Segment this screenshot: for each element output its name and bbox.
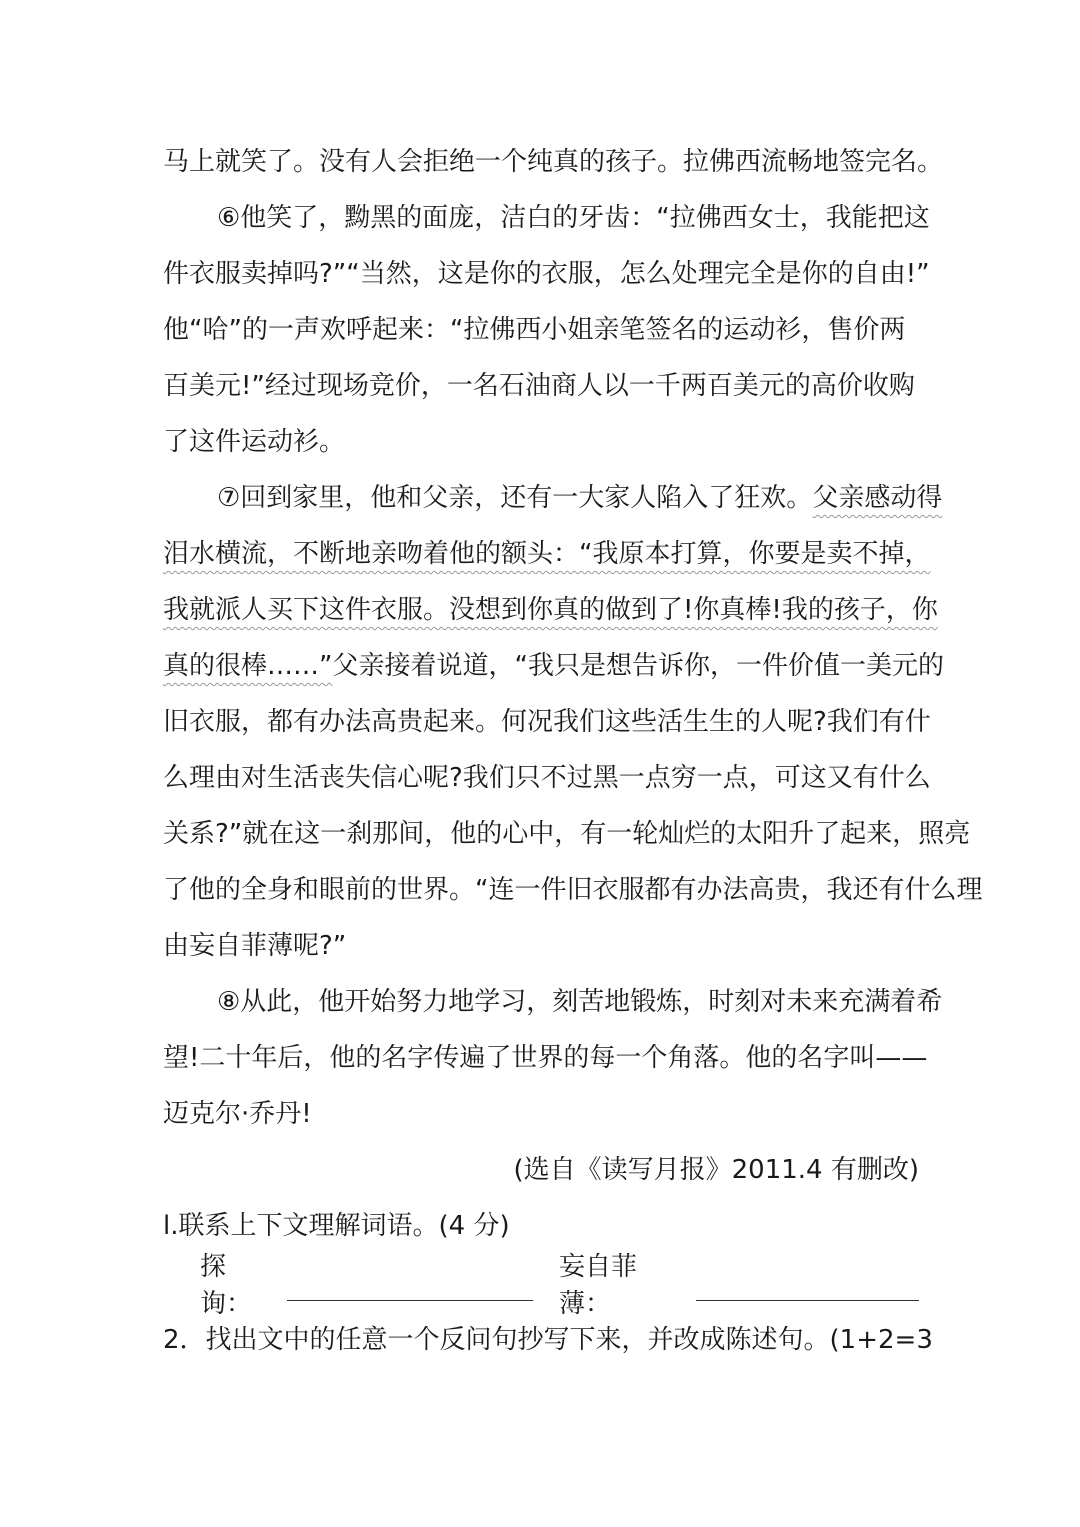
wavy-underlined-text: 泪水横流，不断地亲吻着他的额头：“我原本打算，你要是卖不掉， xyxy=(163,539,930,569)
question-1-title: l.联系上下文理解词语。(4 分) xyxy=(163,1198,919,1254)
paragraph-7-line: ⑦回到家里，他和父亲，还有一大家人陷入了狂欢。父亲感动得 xyxy=(163,470,919,526)
passage-line: 马上就笑了。没有人会拒绝一个纯真的孩子。拉佛西流畅地签完名。 xyxy=(163,134,919,190)
answer-blank-1[interactable] xyxy=(287,1276,533,1301)
passage-line: ⑥他笑了，黝黑的面庞，洁白的牙齿：“拉佛西女士，我能把这 xyxy=(163,190,919,246)
passage-line: 百美元!”经过现场竞价，一名石油商人以一千两百美元的高价收购 xyxy=(163,358,919,414)
paragraph-7-line: 关系?”就在这一刹那间，他的心中，有一轮灿烂的太阳升了起来，照亮 xyxy=(163,806,919,862)
answer-blank-2[interactable] xyxy=(696,1276,919,1301)
question-2-title: 2．找出文中的任意一个反问句抄写下来，并改成陈述句。(1+2=3 xyxy=(163,1312,919,1368)
term-label-1: 探询： xyxy=(200,1246,275,1320)
passage-line: 件衣服卖掉吗?”“当然，这是你的衣服，怎么处理完全是你的自由!” xyxy=(163,246,919,302)
paragraph-7-line: 了他的全身和眼前的世界。“连一件旧衣服都有办法高贵，我还有什么理 xyxy=(163,862,919,918)
passage-line: 了这件运动衫。 xyxy=(163,414,919,470)
wavy-underlined-text: 父亲感动得 xyxy=(812,483,942,513)
paragraph-7-line: 泪水横流，不断地亲吻着他的额头：“我原本打算，你要是卖不掉， xyxy=(163,526,919,582)
term-label-2: 妄自菲薄： xyxy=(559,1246,684,1320)
paragraph-7-line: 旧衣服，都有办法高贵起来。何况我们这些活生生的人呢?我们有什 xyxy=(163,694,919,750)
wavy-underlined-text: 真的很棒……” xyxy=(163,651,332,681)
question-1-answers: 探询： 妄自菲薄： xyxy=(163,1254,919,1312)
paragraph-8-line: 望!二十年后，他的名字传遍了世界的每一个角落。他的名字叫—— xyxy=(163,1030,919,1086)
wavy-underlined-text: 我就派人买下这件衣服。没想到你真的做到了!你真棒!我的孩子，你 xyxy=(163,595,938,625)
source-citation: (选自《读写月报》2011.4 有删改) xyxy=(163,1142,919,1198)
paragraph-7-line: 真的很棒……”父亲接着说道，“我只是想告诉你，一件价值一美元的 xyxy=(163,638,919,694)
paragraph-7-line: 由妄自菲薄呢?” xyxy=(163,918,919,974)
paragraph-8-line: 迈克尔·乔丹! xyxy=(163,1086,919,1142)
plain-text: ⑦回到家里，他和父亲，还有一大家人陷入了狂欢。 xyxy=(217,483,812,513)
paragraph-7-line: 么理由对生活丧失信心呢?我们只不过黑一点穷一点，可这又有什么 xyxy=(163,750,919,806)
paragraph-7-line: 我就派人买下这件衣服。没想到你真的做到了!你真棒!我的孩子，你 xyxy=(163,582,919,638)
plain-text: 父亲接着说道，“我只是想告诉你，一件价值一美元的 xyxy=(332,651,943,681)
passage-line: 他“哈”的一声欢呼起来：“拉佛西小姐亲笔签名的运动衫，售价两 xyxy=(163,302,919,358)
paragraph-8-line: ⑧从此，他开始努力地学习，刻苦地锻炼，时刻对未来充满着希 xyxy=(163,974,919,1030)
worksheet-page: 马上就笑了。没有人会拒绝一个纯真的孩子。拉佛西流畅地签完名。 ⑥他笑了，黝黑的面… xyxy=(163,134,919,1368)
